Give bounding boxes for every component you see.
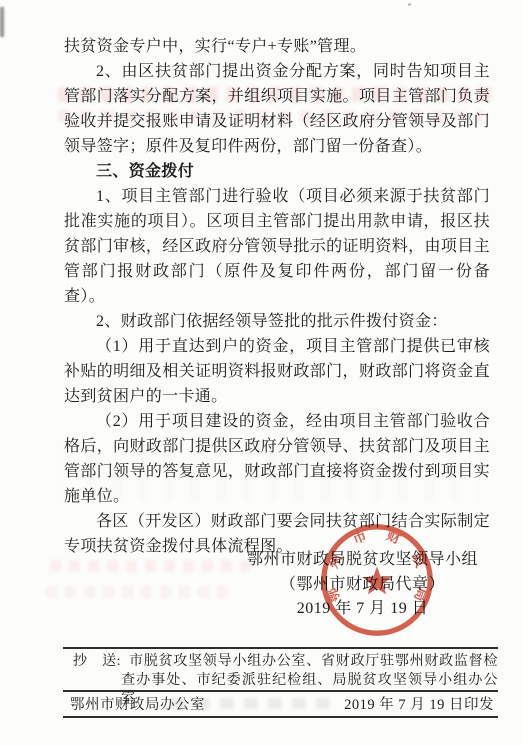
body-paragraph: （1）用于直达到户的资金，项目主管部门提供已审核补贴的明细及相关证明资料报财政部… — [64, 334, 490, 409]
issuer-name: 鄂州市财政局办公室 — [70, 695, 205, 715]
official-seal: 鄂州市财政局 — [319, 522, 435, 638]
print-date: 2019 年 7 月 19 日印发 — [344, 695, 494, 715]
scan-speck — [408, 3, 411, 6]
section-heading: 三、资金拨付 — [64, 159, 490, 184]
bleed-through-artifact — [50, 560, 250, 572]
svg-text:鄂州市财政局: 鄂州市财政局 — [324, 527, 430, 605]
seal-arc-text: 鄂州市财政局 — [324, 527, 430, 605]
separator-rule-middle — [63, 690, 498, 692]
scan-edge-smudge — [0, 7, 4, 37]
cc-label: 抄 送: — [63, 652, 121, 671]
issuer-row: 鄂州市财政局办公室 2019 年 7 月 19 日印发 — [63, 695, 498, 715]
separator-rule-top — [63, 647, 498, 649]
document-page: 扶贫资金专户中，实行“专户+专账”管理。 2、由区扶贫部门提出资金分配方案，同时… — [0, 0, 523, 746]
body-paragraph: 1、项目主管部门进行验收（项目必须来源于扶贫部门批准实施的项目）。区项目主管部门… — [64, 184, 490, 309]
star-icon — [362, 566, 391, 594]
body-paragraph: 2、财政部门依据经领导签批的批示件拨付资金： — [64, 309, 490, 334]
body-paragraph: 2、由区扶贫部门提出资金分配方案，同时告知项目主管部门落实分配方案，并组织项目实… — [64, 59, 490, 159]
body-paragraph: （2）用于项目建设的资金，经由项目主管部门验收合格后，向财政部门提供区政府分管领… — [64, 409, 490, 509]
separator-rule-bottom — [63, 716, 498, 718]
body-paragraph: 扶贫资金专户中，实行“专户+专账”管理。 — [64, 34, 490, 59]
bleed-through-artifact — [46, 586, 236, 598]
document-body: 扶贫资金专户中，实行“专户+专账”管理。 2、由区扶贫部门提出资金分配方案，同时… — [64, 34, 490, 559]
